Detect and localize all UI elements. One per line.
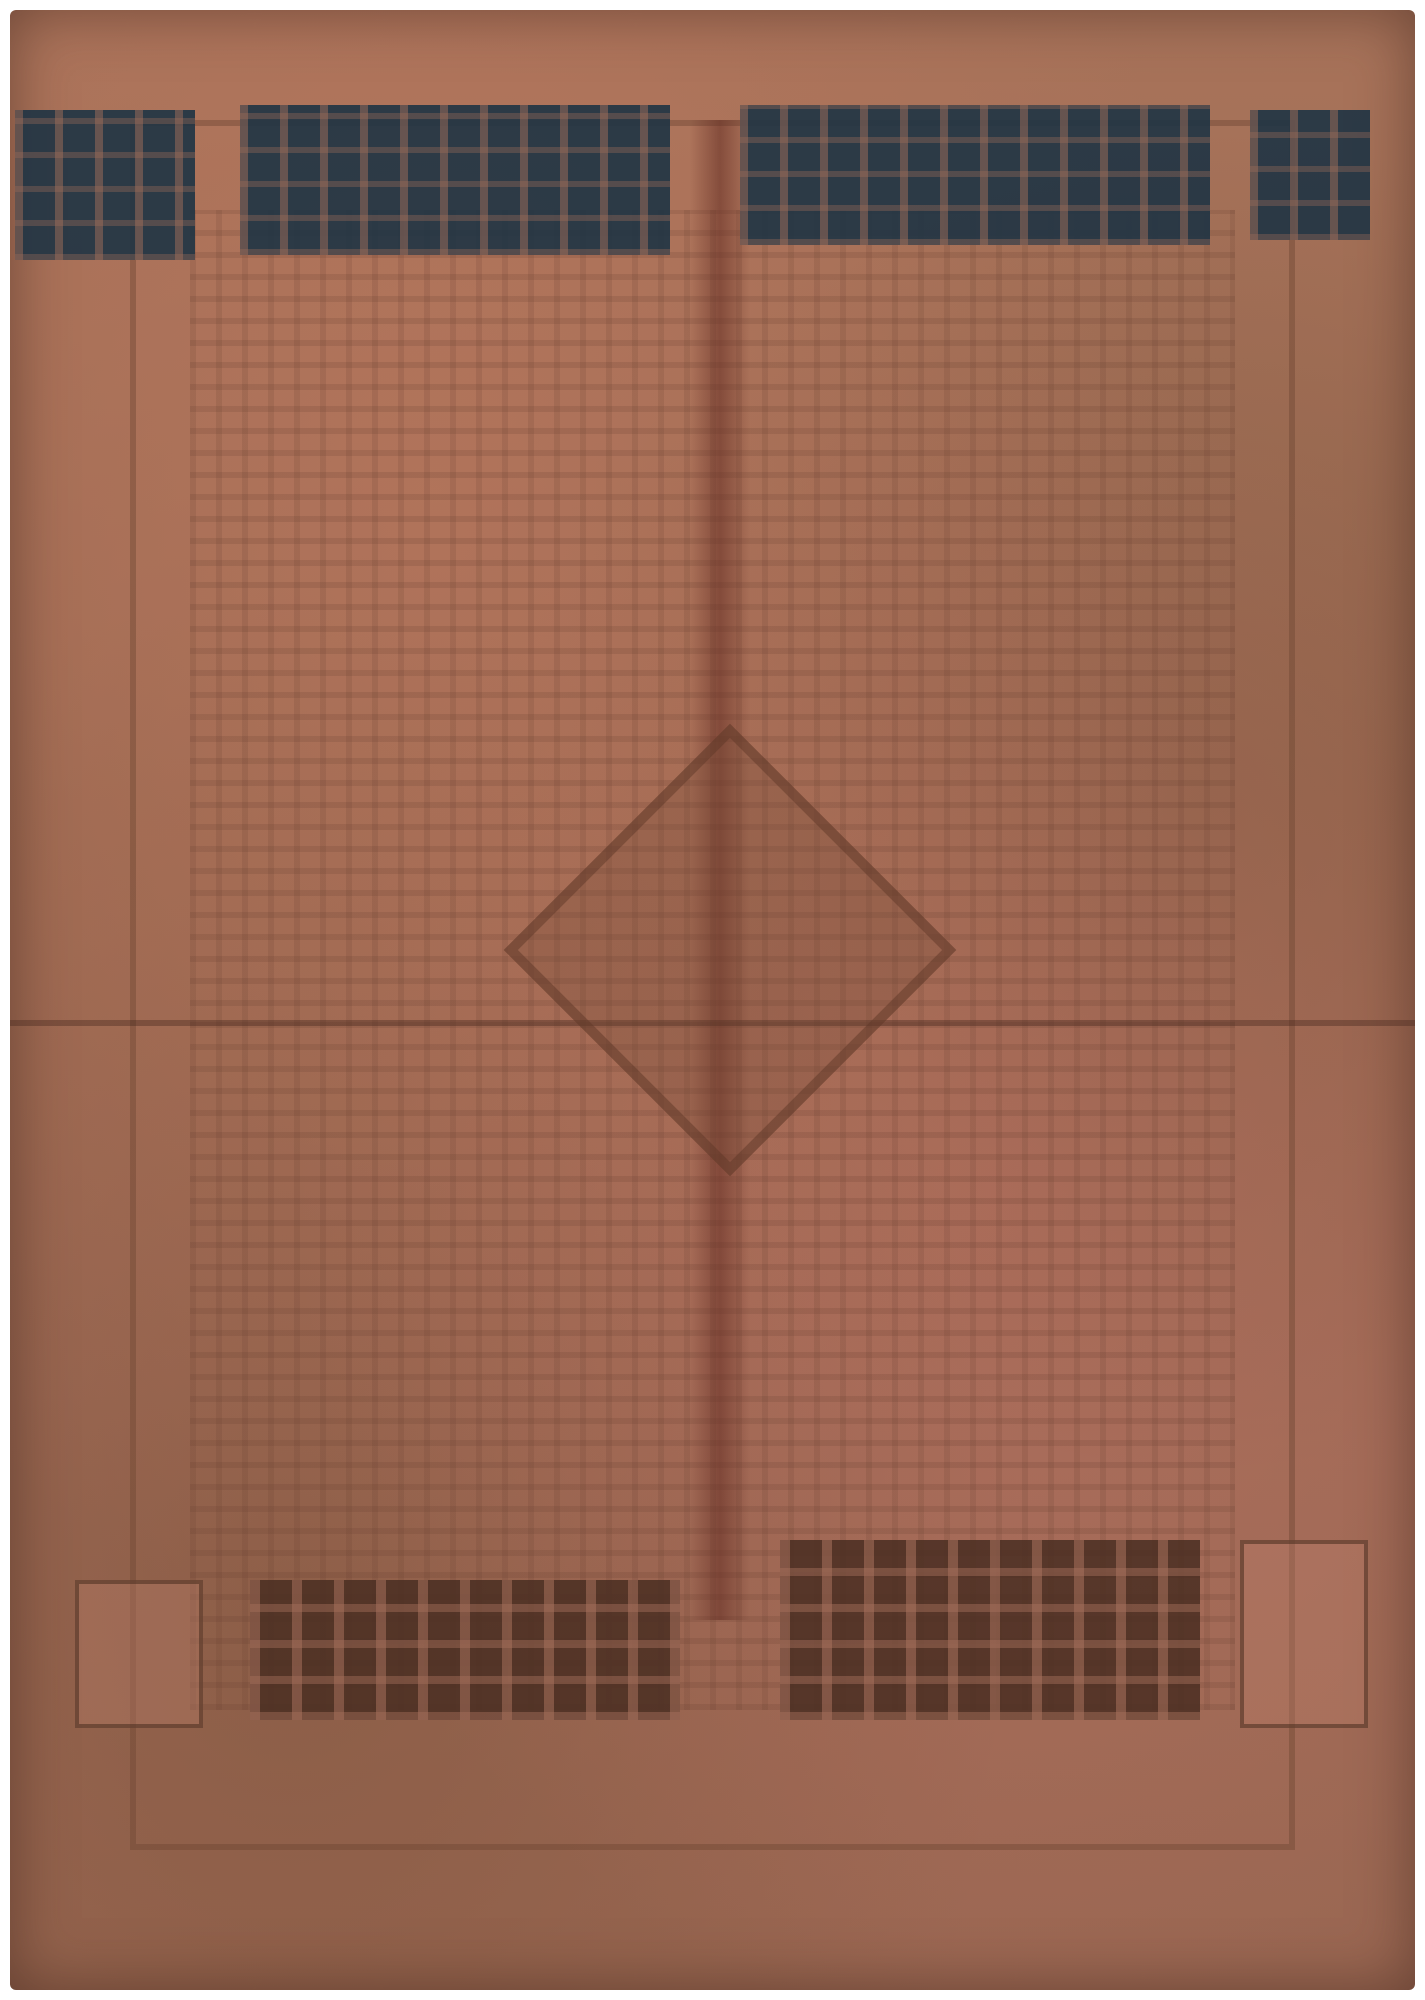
top-left-blue-panel [240, 105, 670, 255]
top-right-blue-panel [740, 105, 1210, 245]
top-right-corner-blue [1250, 110, 1370, 240]
top-left-corner-blue [15, 110, 195, 260]
right-side-motif [1240, 1540, 1368, 1728]
bottom-left-motif-panel [250, 1580, 680, 1720]
left-side-motif [75, 1580, 203, 1728]
bottom-right-motif-panel [780, 1540, 1200, 1720]
rug [10, 10, 1415, 1990]
